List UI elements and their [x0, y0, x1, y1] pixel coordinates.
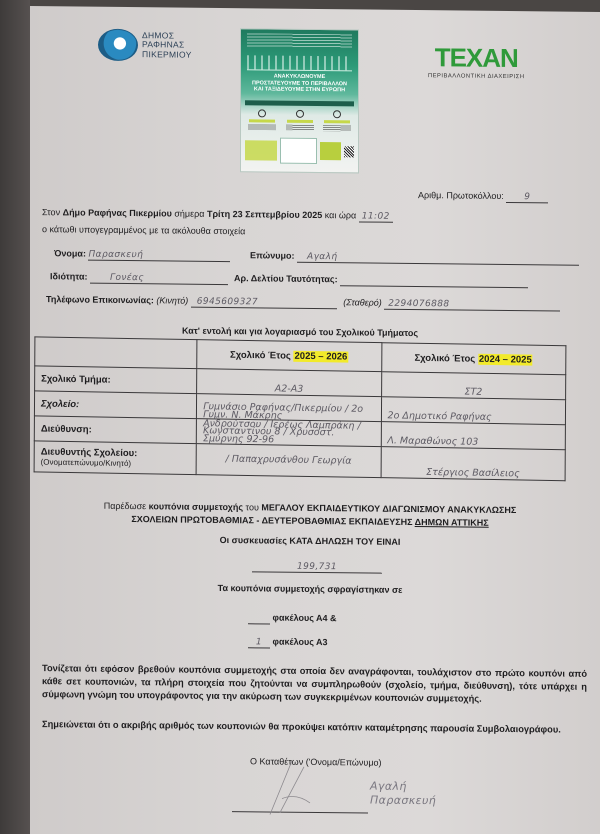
year-highlight: 2024 – 2025	[478, 353, 533, 365]
municipality-emblem-icon	[98, 29, 138, 61]
address-2025-2026[interactable]: Ανδρούτσου / Ιερέως Λαμπράκη / Κωνσταντί…	[196, 419, 381, 447]
recycling-kiosk-image	[280, 138, 317, 164]
poster-footer	[245, 135, 354, 166]
year-highlight: 2025 – 2026	[293, 350, 348, 362]
intro-line: Στον Δήμο Ραφήνας Πικερμίου σήμερα Τρίτη…	[42, 207, 393, 223]
background-desk	[0, 0, 30, 834]
municipality-logo: ΔΗΜΟΣ ΡΑΦΗΝΑΣ ΠΙΚΕΡΜΙΟΥ	[98, 29, 192, 62]
company-logo-subtitle: ΠΕΡΙΒΑΛΛΟΝΤΙΚΗ ΔΙΑΧΕΙΡΙΣΗ	[428, 73, 525, 80]
class-2025-2026[interactable]: Α2-Α3	[197, 369, 382, 397]
poster-prizes	[247, 109, 352, 134]
a3-envelopes-field: 1 φακέλους Α3	[248, 636, 328, 649]
company-logo-wordmark: ΤΕΧΑΝ	[428, 44, 525, 71]
column-header-2025-2026: Σχολικό Έτος 2025 – 2026	[197, 340, 382, 372]
principal-2025-2026[interactable]: / Παπαχρυσάνθου Γεωργία	[196, 444, 381, 478]
prize-3	[322, 110, 352, 134]
phone-field: Τηλέφωνο Επικοινωνίας: (Κινητό) 69456093…	[46, 294, 560, 311]
prize-1	[247, 109, 277, 133]
watch-icon	[333, 110, 341, 118]
delivery-line-2: ΣΧΟΛΕΙΩΝ ΠΡΩΤΟΒΑΘΜΙΑΣ - ΔΕΥΤΕΡΟΒΑΘΜΙΑΣ Ε…	[30, 513, 590, 529]
column-header-2024-2025: Σχολικό Έτος 2024 – 2025	[381, 343, 566, 375]
municipality-logo-text: ΔΗΜΟΣ ΡΑΦΗΝΑΣ ΠΙΚΕΡΜΙΟΥ	[142, 31, 192, 60]
address-2024-2025[interactable]: Λ. Μαραθώνος 103	[381, 422, 566, 450]
last-name-field: Επώνυμο: Αγαλή	[250, 250, 579, 265]
poster-title: ΑΝΑΚΥΚΛΩΝΟΥΜΕ ΠΡΟΣΤΑΤΕΥΟΥΜΕ ΤΟ ΠΕΡΙΒΑΛΛΟ…	[249, 73, 350, 94]
row-label-address: Διεύθυνση:	[34, 416, 196, 444]
last-name-value[interactable]: Αγαλή	[297, 252, 579, 266]
packages-label: Οι συσκευασίες ΚΑΤΑ ΔΗΛΩΣΗ ΤΟΥ ΕΙΝΑΙ	[30, 533, 590, 549]
protocol-number-field: Αριθμ. Πρωτοκόλλου: 9	[418, 190, 548, 203]
a4-count-value[interactable]	[248, 613, 270, 624]
principal-2024-2025[interactable]: Στέργιος Βασίλειος	[381, 447, 566, 481]
europe-skyline-icon	[247, 55, 352, 71]
plane-icon	[296, 110, 304, 118]
packages-field: 199,731	[252, 555, 382, 574]
class-2024-2025[interactable]: ΣΤ2	[381, 372, 566, 400]
qr-code-icon	[344, 146, 354, 157]
first-name-value[interactable]: Παρασκευή	[88, 250, 230, 262]
packages-value[interactable]: 199,731	[252, 561, 382, 573]
location-pin-icon	[258, 109, 266, 117]
school-2024-2025[interactable]: 2ο Δημοτικό Ραφήνας	[381, 397, 566, 425]
sealed-label: Τα κουπόνια συμμετοχής σφραγίστηκαν σε	[30, 581, 590, 597]
row-label-school: Σχολείο:	[34, 391, 196, 419]
id-card-field: Αρ. Δελτίου Ταυτότητας:	[234, 273, 528, 288]
form-sheet: ΔΗΜΟΣ ΡΑΦΗΝΑΣ ΠΙΚΕΡΜΙΟΥ ΑΝΑΚΥΚΛΩΝΟΥΜΕ ΠΡ…	[30, 6, 600, 834]
role-value[interactable]: Γονέας	[90, 273, 228, 285]
protocol-number-value[interactable]: 9	[506, 192, 548, 203]
school-2025-2026[interactable]: Γυμνάσιο Ραφήνας/Πικερμίου / 2ο Γυμν. Ν.…	[197, 394, 382, 422]
row-label-principal: Διευθυντής Σχολείου: (Ονοματεπώνυμο/Κινη…	[34, 441, 196, 475]
time-value[interactable]: 11:02	[359, 211, 393, 222]
prize-2	[285, 110, 315, 134]
a3-count-value[interactable]: 1	[248, 637, 270, 648]
id-card-value[interactable]	[340, 274, 528, 288]
poster-header-text	[247, 33, 352, 48]
signature-scribble	[252, 756, 332, 817]
a4-envelopes-field: φακέλους Α4 &	[248, 612, 337, 625]
first-name-field: Όνομα: Παρασκευή	[54, 248, 230, 262]
mobile-phone-value[interactable]: 6945609327	[191, 297, 337, 310]
poster-band	[245, 100, 354, 106]
notice-paragraph-2: Σημειώνεται ότι ο ακριβής αριθμός των κο…	[42, 718, 587, 737]
role-field: Ιδιότητα: Γονέας	[50, 271, 228, 285]
row-label-class: Σχολικό Τμήμα:	[35, 366, 197, 394]
company-logo: ΤΕΧΑΝ ΠΕΡΙΒΑΛΛΟΝΤΙΚΗ ΔΙΑΧΕΙΡΙΣΗ	[428, 44, 525, 80]
school-details-table: Σχολικό Έτος 2025 – 2026 Σχολικό Έτος 20…	[34, 336, 567, 481]
handwritten-name: Αγαλή Παρασκευή	[370, 780, 436, 809]
notice-paragraph-1: Τονίζεται ότι εφόσον βρεθούν κουπόνια συ…	[42, 662, 587, 707]
intro-line-2: ο κάτωθι υπογεγραμμένος με τα ακόλουθα σ…	[42, 224, 245, 236]
landline-phone-value[interactable]: 2294076888	[384, 299, 560, 312]
recycling-contest-poster: ΑΝΑΚΥΚΛΩΝΟΥΜΕ ΠΡΟΣΤΑΤΕΥΟΥΜΕ ΤΟ ΠΕΡΙΒΑΛΛΟ…	[240, 28, 359, 173]
